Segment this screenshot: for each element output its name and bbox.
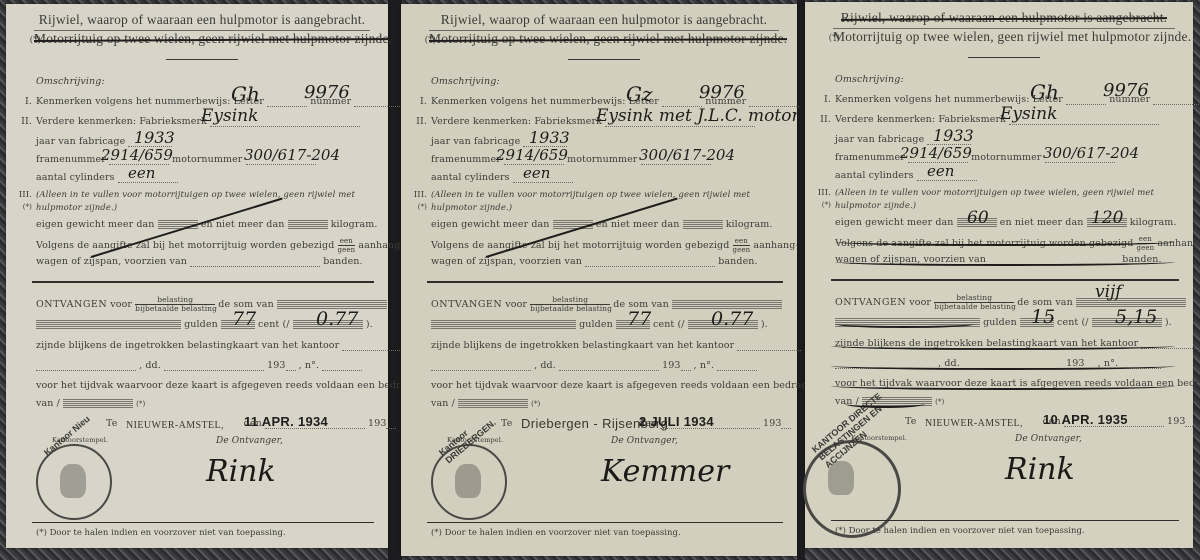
header-line-bicycle: Rijwiel, waarop of waaraan een hulpmotor… bbox=[429, 12, 779, 31]
number-field bbox=[1153, 104, 1200, 105]
tax-type-fraction: belastingbijbetaalde belasting bbox=[934, 294, 1014, 311]
letter-field bbox=[1066, 104, 1106, 105]
make-field bbox=[1009, 124, 1159, 125]
section-divider bbox=[427, 281, 783, 283]
date-stamp: 10 APR. 1935 bbox=[1043, 412, 1128, 427]
handwritten-gulden: 15 bbox=[1031, 306, 1055, 328]
section-iii-note-2: (*) hulpmotor zijnde.) bbox=[36, 203, 372, 213]
place-name: NIEUWER-AMSTEL, bbox=[126, 420, 224, 431]
receiver-signature: Kemmer bbox=[601, 454, 729, 489]
tyres-field bbox=[190, 266, 320, 267]
form-header: (*) Rijwiel, waarop of waaraan een hulpm… bbox=[833, 10, 1175, 58]
tax-receipt-card-3: (*) Rijwiel, waarop of waaraan een hulpm… bbox=[805, 2, 1193, 548]
date-stamp: 2 JULI 1934 bbox=[639, 414, 714, 429]
handwritten-number: 9976 bbox=[1103, 80, 1149, 101]
field-row-tyres: wagen of zijspan, voorzien van banden. bbox=[431, 256, 781, 267]
handwritten-amount-words: vijf bbox=[1095, 282, 1122, 302]
receiver-label: De Ontvanger, bbox=[611, 436, 781, 446]
handwritten-weight-min: 60 bbox=[967, 208, 989, 228]
handwritten-cylinders: een bbox=[523, 164, 550, 182]
ink-strike-line bbox=[831, 362, 1175, 370]
tax-type-fraction: belastingbijbetaalde belasting bbox=[135, 296, 215, 313]
office-stamp: Kantoor DRIEBERGEN. bbox=[431, 444, 507, 520]
paid-amount-row: van / (*) bbox=[431, 398, 781, 409]
handwritten-weight-max: 120 bbox=[1091, 208, 1123, 228]
crown-emblem-icon bbox=[60, 464, 86, 498]
handwritten-gulden: 77 bbox=[232, 308, 256, 330]
footnote: (*) Door te halen indien en voorzover ni… bbox=[431, 528, 681, 538]
een-geen-fraction: eengeen bbox=[733, 237, 751, 254]
cylinders-field bbox=[118, 182, 178, 183]
field-row-cylinders: aantal cylinders bbox=[36, 172, 372, 183]
motor-field bbox=[1045, 162, 1115, 163]
motor-field bbox=[641, 164, 711, 165]
tax-receipt-card-1: (*) Rijwiel, waarop of waaraan een hulpm… bbox=[6, 4, 388, 548]
handwritten-total: 5,15 bbox=[1115, 306, 1157, 328]
handwritten-motor-number: 300/617-204 bbox=[1043, 144, 1139, 162]
header-line-motorcycle: Motorrijtuig op twee wielen, geen rijwie… bbox=[429, 31, 779, 47]
tax-type-fraction: belastingbijbetaalde belasting bbox=[530, 296, 610, 313]
cylinders-field bbox=[917, 180, 977, 181]
period-row: voor het tijdvak waarvoor deze kaart is … bbox=[36, 380, 372, 391]
receiver-label: De Ontvanger, bbox=[1015, 434, 1177, 444]
handwritten-number: 9976 bbox=[699, 82, 745, 103]
section-iii-note: III. (Alleen in te vullen voor motorrijt… bbox=[36, 190, 372, 200]
amount-words-field-2 bbox=[36, 320, 181, 329]
make-field bbox=[210, 126, 360, 127]
weight-max-field bbox=[683, 220, 723, 229]
make-field bbox=[605, 126, 755, 127]
prior-card-date-row: , dd. 193 , n°. bbox=[431, 360, 781, 371]
handwritten-frame-number: 2914/659 bbox=[496, 146, 568, 164]
ink-strike-line bbox=[831, 342, 1175, 350]
footnote-divider bbox=[427, 522, 783, 523]
header-rule bbox=[968, 57, 1040, 58]
section-iii-note-2: (*) hulpmotor zijnde.) bbox=[431, 203, 781, 213]
ink-strike-line bbox=[835, 258, 1175, 266]
ink-strike-line bbox=[845, 400, 925, 408]
section-divider bbox=[32, 281, 374, 283]
receiver-signature: Rink bbox=[1005, 452, 1075, 487]
form-header: (*) Rijwiel, waarop of waaraan een hulpm… bbox=[34, 12, 370, 60]
field-row-cylinders: aantal cylinders bbox=[431, 172, 781, 183]
tax-receipt-card-2: (*) Rijwiel, waarop of waaraan een hulpm… bbox=[401, 4, 797, 556]
section-iii-note: III. (Alleen in te vullen voor motorrijt… bbox=[835, 188, 1177, 198]
footnote-divider bbox=[32, 522, 374, 523]
footnote-marker: (*) bbox=[829, 32, 840, 42]
header-line-motorcycle: Motorrijtuig op twee wielen, geen rijwie… bbox=[833, 29, 1175, 45]
ink-strike-line bbox=[835, 320, 975, 328]
field-row-cylinders: aantal cylinders bbox=[835, 170, 1177, 181]
handwritten-frame-number: 2914/659 bbox=[101, 146, 173, 164]
letter-field bbox=[267, 106, 307, 107]
handwritten-cylinders: een bbox=[128, 164, 155, 182]
field-row-tyres: wagen of zijspan, voorzien van banden. bbox=[36, 256, 372, 267]
header-line-bicycle: Rijwiel, waarop of waaraan een hulpmotor… bbox=[34, 12, 370, 31]
header-line-motorcycle: Motorrijtuig op twee wielen, geen rijwie… bbox=[34, 31, 370, 47]
office-stamp: Kantoor Nieu bbox=[36, 444, 112, 520]
prior-card-row: zijnde blijkens de ingetrokken belasting… bbox=[36, 340, 372, 351]
handwritten-make: Eysink bbox=[201, 106, 258, 126]
handwritten-letter: Gz bbox=[626, 82, 653, 106]
field-row-sidecar: Volgens de aangifte zal bij het motorrij… bbox=[36, 237, 372, 254]
ink-strike-line bbox=[831, 382, 1175, 390]
header-line-bicycle: Rijwiel, waarop of waaraan een hulpmotor… bbox=[833, 10, 1175, 29]
office-stamp: KANTOOR DIRECTE BELASTINGEN EN ACCIJNZEN bbox=[803, 440, 901, 538]
crown-emblem-icon bbox=[455, 464, 481, 498]
handwritten-make: Eysink met J.L.C. motor bbox=[596, 106, 800, 126]
handwritten-number: 9976 bbox=[304, 82, 350, 103]
footnote: (*) Door te halen indien en voorzover ni… bbox=[36, 528, 286, 538]
section-divider bbox=[831, 279, 1179, 281]
header-rule bbox=[568, 59, 640, 60]
handwritten-motor-number: 300/617-204 bbox=[639, 146, 735, 164]
receiver-signature: Rink bbox=[206, 454, 276, 489]
handwritten-year: 1933 bbox=[933, 126, 974, 145]
ink-strike-line bbox=[835, 238, 1175, 246]
tyres-field bbox=[585, 266, 715, 267]
gap-shadow bbox=[388, 0, 402, 560]
section-iii-note: III. (Alleen in te vullen voor motorrijt… bbox=[431, 190, 781, 200]
prior-card-date-row: , dd. 193 , n°. bbox=[36, 360, 372, 371]
date-stamp: 11 APR. 1934 bbox=[244, 414, 328, 429]
handwritten-total: 0.77 bbox=[711, 308, 753, 330]
cylinders-field bbox=[513, 182, 573, 183]
place-name: NIEUWER-AMSTEL, bbox=[925, 418, 1023, 429]
period-row: voor het tijdvak waarvoor deze kaart is … bbox=[431, 380, 781, 391]
field-row-weight: eigen gewicht meer dan en niet meer dan … bbox=[835, 217, 1177, 228]
handwritten-year: 1933 bbox=[529, 128, 570, 147]
section-iii-note-2: (*) hulpmotor zijnde.) bbox=[835, 201, 1177, 211]
handwritten-make: Eysink bbox=[1000, 104, 1057, 124]
weight-max-field bbox=[288, 220, 328, 229]
handwritten-motor-number: 300/617-204 bbox=[244, 146, 340, 164]
footnote-divider bbox=[831, 520, 1179, 521]
header-rule bbox=[166, 59, 238, 60]
handwritten-gulden: 77 bbox=[627, 308, 651, 330]
handwritten-frame-number: 2914/659 bbox=[900, 144, 972, 162]
een-geen-fraction: eengeen bbox=[338, 237, 356, 254]
handwritten-letter: Gh bbox=[1030, 80, 1059, 104]
prior-card-row: zijnde blijkens de ingetrokken belasting… bbox=[431, 340, 781, 351]
footnote: (*) Door te halen indien en voorzover ni… bbox=[835, 526, 1085, 536]
paid-amount-row: van / (*) bbox=[36, 398, 372, 409]
form-header: (*) Rijwiel, waarop of waaraan een hulpm… bbox=[429, 12, 779, 60]
receiver-label: De Ontvanger, bbox=[216, 436, 372, 446]
handwritten-cylinders: een bbox=[927, 162, 954, 180]
amount-words-field-2 bbox=[431, 320, 576, 329]
handwritten-year: 1933 bbox=[134, 128, 175, 147]
handwritten-total: 0.77 bbox=[316, 308, 358, 330]
motor-field bbox=[246, 164, 316, 165]
number-field bbox=[354, 106, 404, 107]
handwritten-letter: Gh bbox=[231, 82, 260, 106]
field-row-sidecar: Volgens de aangifte zal bij het motorrij… bbox=[431, 237, 781, 254]
